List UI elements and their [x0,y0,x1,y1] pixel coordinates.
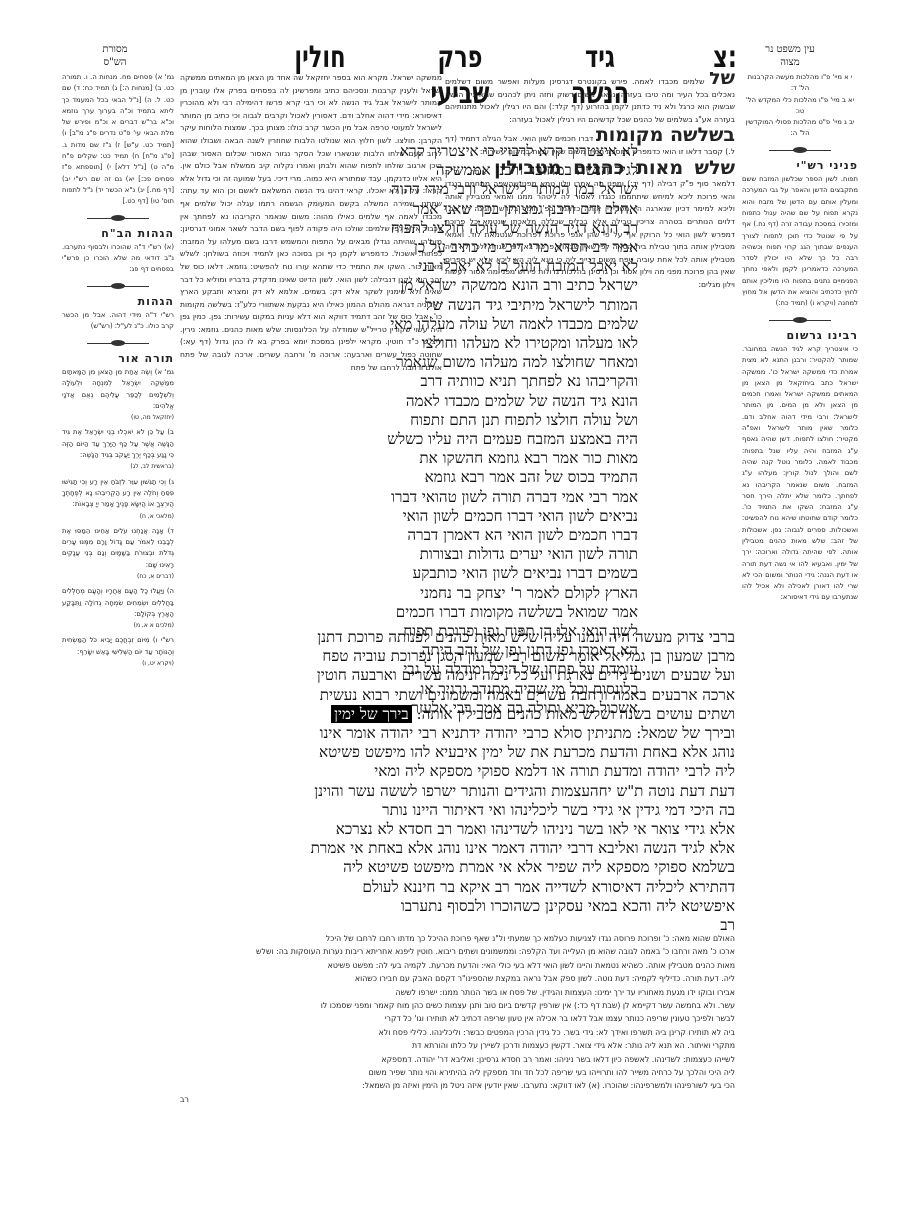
ornament-divider [769,316,831,324]
torah-or-verse: ד) אָנָה אֲנַחְנוּ עֹלִים אַחֵינוּ הֵמַס… [62,526,174,582]
pnei-rashi-title: פניני רש"י [742,160,858,171]
ein-mishpat-label: עין משפט נר מצוה [760,43,820,69]
mishnah-highlight: בירך של ימין [331,705,412,723]
ornament-divider [769,146,831,154]
hagahot-habach-title: הגהות הב"ח [62,228,174,239]
masoret-hashas-text: גמ' א) פסחים מח. מנחות ה. ו. תמורה כט. ב… [62,72,174,208]
hagahot-habach-text: (א) רש"י ד"ה שהוכרו ולבסוף נתערבו. נ"ב ד… [62,242,174,276]
torah-or-verse: ב) עַל כֵּן לֹא יֹאכְלוּ בְנֵי יִשְׂרָאֵ… [62,427,174,472]
pnei-rashi-text: תפוח. לשון הספר שכלשון המזבח ששם מתקבצים… [742,174,858,310]
page-number: צ: [706,40,744,76]
ornament-divider [87,339,149,347]
torah-or-verse: רש"י ו) מִיּוֹם זִבְחֲכֶם יָבִיא כֹּל הַ… [62,635,174,669]
ein-mishpat-entry: יא ב מיי' פ"ו מהלכות כלי המקדש הל' טו: [742,95,858,118]
mishnah-line: ושתים עושים בשנה ושלש מאות כהנים מטבילין… [300,705,735,724]
rabbeinu-gershom-text: כי איצטריך קרא לגיד הנשה במחובר. שמותר ל… [742,344,858,604]
ornament-divider [87,214,149,222]
tosafot-opening-word: של [709,72,735,89]
hagahot-text: רש"י ד"ה מידי דהוה. אבל מן הכשר קרב כולו… [62,310,174,333]
tractate-name: חולין [283,40,358,76]
torah-or-verse: ג) וְכִי תַגִּשׁוּן עִוֵּר לִזְבֹּחַ אֵי… [62,477,174,522]
left-margin-column: גמ' א) פסחים מח. מנחות ה. ו. תמורה כט. ב… [62,72,174,673]
masoret-hashas-label: מסורת הש"ס [90,43,140,69]
tosafot-text-lines: שלמים מכבדו לאמה. פירש בקונטרס דגרסינן מ… [445,77,735,124]
gemara-wide-block: ברבי צדוק מעשה היה ונמנו עליה שלש מאות כ… [300,628,735,935]
rashi-bottom-commentary: האולם שהוא מאה: כ' ופרוכת פרוסה נגדו לצנ… [180,932,735,1106]
right-margin-column: י א מיי' פ"ו מהלכות מעשה הקרבנות הל' ד: … [742,72,858,604]
ein-mishpat-entry: יב ג מיי' פ"ט מהלכות פסולי המוקדשין הל' … [742,117,858,140]
rabbeinu-gershom-title: רבינו גרשום [742,330,858,341]
catchword: רב [180,1093,735,1106]
tosafot-intro: של שלמים מכבדו לאמה. פירש בקונטרס דגרסינ… [445,72,735,126]
ornament-divider [87,282,149,290]
hagahot-title: הגהות [62,296,174,307]
ein-mishpat-entry: י א מיי' פ"ו מהלכות מעשה הקרבנות הל' ד: [742,72,858,95]
torah-or-verse: ה) וַיַּעֲלוּ כָל הָעָם אַחֲרָיו וְהָעָם… [62,586,174,631]
torah-or-verse: גמ' א) וְשֶׂה אַחַת מִן הַצֹּאן מִן הַמָ… [62,367,174,423]
page-header: עין משפט נר מצוה צ: גיד הנשה פרק שביעי ח… [0,0,914,70]
torah-or-title: תורה אור [62,353,174,364]
